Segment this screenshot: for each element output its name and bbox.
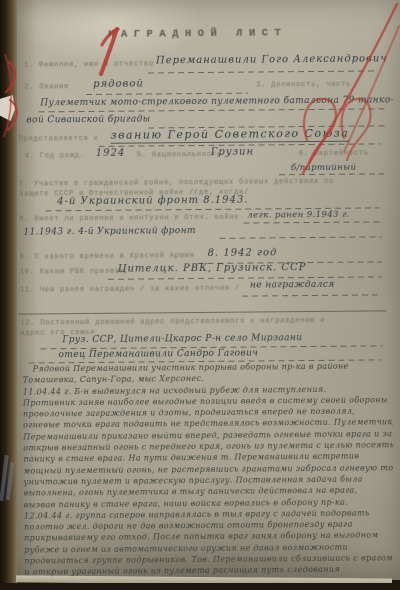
section-divider-line [18, 310, 386, 314]
field-prior-awards-label: 11. Чем ранее награжден / за какие отлич… [20, 285, 240, 295]
field-rank-value: рядовой [93, 78, 144, 89]
field-drafted-by-value: Цителцк. РВК, Грузинск. ССР [118, 262, 307, 275]
form-rule-line [86, 93, 248, 95]
field-nationality-label: 5. Национальность [137, 151, 222, 160]
form-rule-line [148, 70, 376, 73]
field-army-since-label: 9. С какого времени в Красной Армии [20, 252, 195, 262]
field-family-value: отец Переманашвили Сандро Гагович [58, 348, 258, 360]
field-birthyear-value: 1924 [96, 148, 126, 159]
field-wounds-value2: 11.1943 г. 4-й Украинский фронт [23, 226, 196, 238]
form-rule-line [38, 108, 384, 112]
field-unit-line1: Пулеметчик мото-стрелкового пулеметного … [40, 95, 394, 108]
field-drafted-by-label: 10. Каким РВК призван [20, 268, 125, 277]
field-prior-awards-value: не награждался [250, 280, 335, 291]
field-nationality-value: Грузин [211, 147, 254, 158]
combat-description: Рядовой Переманашвили участник прорыва о… [23, 360, 395, 578]
form-rule-line [242, 294, 382, 296]
field-wounds-value: легк. ранен 9.1943 г. [247, 210, 350, 221]
field-party-value: б/партийный [291, 163, 357, 174]
field-nomination-value: званию Герой Советского Союза [111, 127, 350, 144]
document-title: НАГРАДНОЙ ЛИСТ [68, 27, 328, 41]
field-unit-line2: вой Сивашской бригады [26, 114, 150, 125]
field-army-since-value: 8. 1942 год [208, 247, 278, 259]
form-rule-line [243, 221, 381, 223]
field-address-label-line1: 12. Постоянный домашний адрес представля… [20, 317, 325, 328]
field-address-value: Груз. ССР, Цители-Цкарос Р-н село Мирзаа… [62, 333, 302, 345]
combat-description-line: и открыв ураганный огонь из пулемета рас… [24, 564, 394, 579]
scanned-award-sheet: НАГРАДНОЙ ЛИСТ 1. Фамилия, имя и отчеств… [0, 0, 400, 590]
field-service-value: 4-й Украинский фронт 8.1943. [57, 195, 248, 208]
field-name-label: 1. Фамилия, имя и отчество [24, 60, 154, 69]
field-name-value: Переманашвили Гого Александрович [156, 53, 388, 66]
form-rule-line [108, 276, 382, 279]
document-content: НАГРАДНОЙ ЛИСТ 1. Фамилия, имя и отчеств… [0, 0, 400, 590]
field-birthyear-label: 4. Год рожд. [25, 152, 85, 161]
field-party-label: 6. Партийность [299, 150, 369, 159]
form-rule-line [279, 173, 384, 175]
field-nomination-label: Представляется к [19, 135, 99, 144]
field-wounds-label: 8. Имеет ли ранения и контузии в Отеч. в… [19, 214, 239, 224]
field-service-label-line1: 7. Участие в гражданской войне, последую… [19, 178, 334, 189]
field-position-label: 3. Должность, часть [256, 81, 351, 90]
form-rule-line [220, 236, 382, 238]
field-rank-label: 2. Звание [24, 83, 69, 91]
